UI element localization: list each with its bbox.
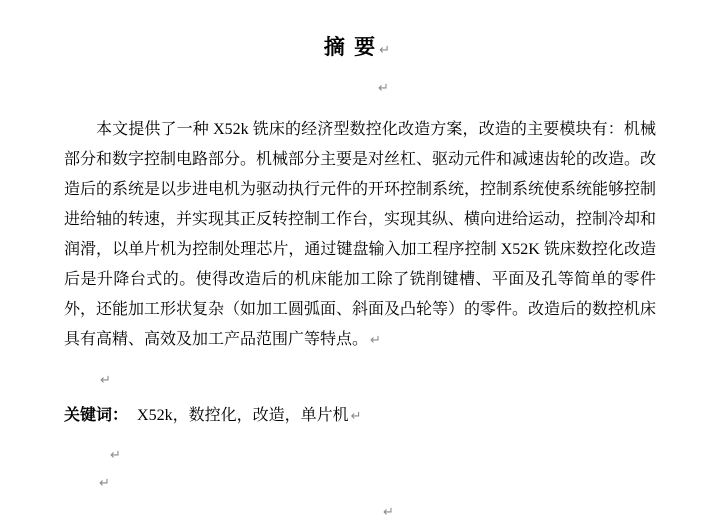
paragraph-mark-icon: ↵: [383, 506, 394, 519]
document-page: 摘 要↵ ↵ 本文提供了一种 X52k 铣床的经济型数控化改造方案，改造的主要模…: [0, 0, 714, 526]
abstract-body-text: 本文提供了一种 X52k 铣床的经济型数控化改造方案，改造的主要模块有：机械部分…: [64, 121, 656, 348]
keywords-label: 关键词：: [64, 407, 128, 424]
paragraph-mark-icon: ↵: [378, 82, 389, 95]
keywords-text: X52k，数控化，改造，单片机: [128, 407, 349, 424]
abstract-title-line: 摘 要↵: [0, 33, 714, 65]
paragraph-mark-icon: ↵: [110, 449, 121, 462]
paragraph-mark-icon: ↵: [368, 333, 381, 348]
keywords-line: 关键词：X52k，数控化，改造，单片机↵: [64, 401, 656, 432]
abstract-title: 摘 要: [324, 35, 377, 59]
paragraph-mark-icon: ↵: [377, 43, 390, 58]
paragraph-mark-icon: ↵: [349, 409, 362, 424]
abstract-body-paragraph: 本文提供了一种 X52k 铣床的经济型数控化改造方案，改造的主要模块有：机械部分…: [64, 115, 656, 356]
paragraph-mark-icon: ↵: [100, 374, 111, 387]
paragraph-mark-icon: ↵: [99, 477, 110, 490]
